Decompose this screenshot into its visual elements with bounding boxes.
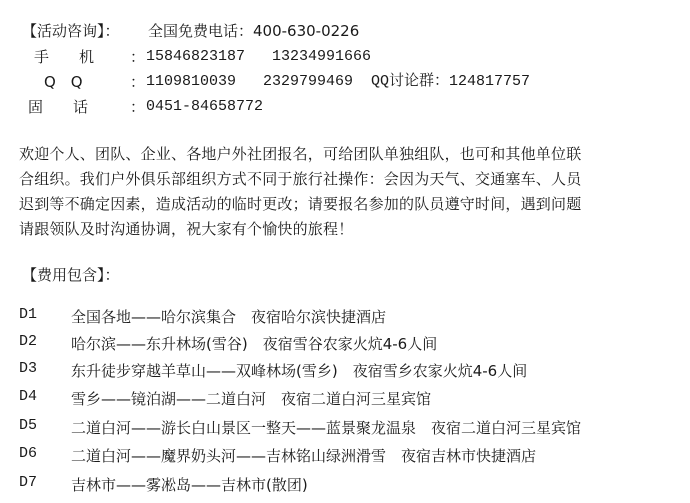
intro-line: 合组织。我们户外俱乐部组织方式不同于旅行社操作：会因为天气、交通塞车、人员 [19,167,679,192]
mobile-label: 手 机 [34,48,94,66]
landline-sep: ： [130,98,145,116]
day-description: 哈尔滨——东升林场(雪谷) 夜宿雪谷农家火炕4-6人间 [71,333,437,354]
day-description: 东升徒步穿越羊草山——双峰林场(雪乡) 夜宿雪乡农家火炕4-6人间 [71,360,527,381]
day-code: D3 [19,360,37,377]
day-code: D2 [19,333,37,350]
intro-line: 请跟领队及时沟通协调，祝大家有个愉快的旅程！ [19,217,679,242]
mobile-sep: ： [130,48,145,66]
intro-line: 迟到等不确定因素，造成活动的临时更改；请要报名参加的队员遵守时间，遇到问题 [19,192,679,217]
day-description: 二道白河——游长白山景区一整天——蓝景聚龙温泉 夜宿二道白河三星宾馆 [71,417,581,438]
day-code: D1 [19,306,37,323]
intro-paragraph: 欢迎个人、团队、企业、各地户外社团报名，可给团队单独组队，也可和其他单位联 合组… [19,142,679,242]
fees-heading: 【费用包含】： [22,266,120,284]
day-code: D5 [19,417,37,434]
hotline-text: 全国免费电话：400-630-0226 [148,22,359,40]
qq-value: 1109810039 2329799469 QQ讨论群：124817757 [146,73,530,91]
day-code: D6 [19,445,37,462]
day-description: 全国各地——哈尔滨集合 夜宿哈尔滨快捷酒店 [71,306,386,327]
day-code: D4 [19,388,37,405]
day-description: 吉林市——雾凇岛——吉林市(散团) [71,474,308,495]
contact-heading: 【活动咨询】： [22,22,120,40]
day-description: 二道白河——魔界奶头河——吉林铭山绿洲滑雪 夜宿吉林市快捷酒店 [71,445,536,466]
qq-label: Q Q [44,73,83,91]
day-code: D7 [19,474,37,491]
mobile-value: 15846823187 13234991666 [146,48,371,66]
intro-line: 欢迎个人、团队、企业、各地户外社团报名，可给团队单独组队，也可和其他单位联 [19,142,679,167]
landline-value: 0451-84658772 [146,98,263,116]
landline-label: 固 话 [28,98,88,116]
day-description: 雪乡——镜泊湖——二道白河 夜宿二道白河三星宾馆 [71,388,431,409]
itinerary-document: 【活动咨询】： 全国免费电话：400-630-0226 手 机 ： 158468… [0,0,690,503]
qq-sep: ： [130,73,145,91]
